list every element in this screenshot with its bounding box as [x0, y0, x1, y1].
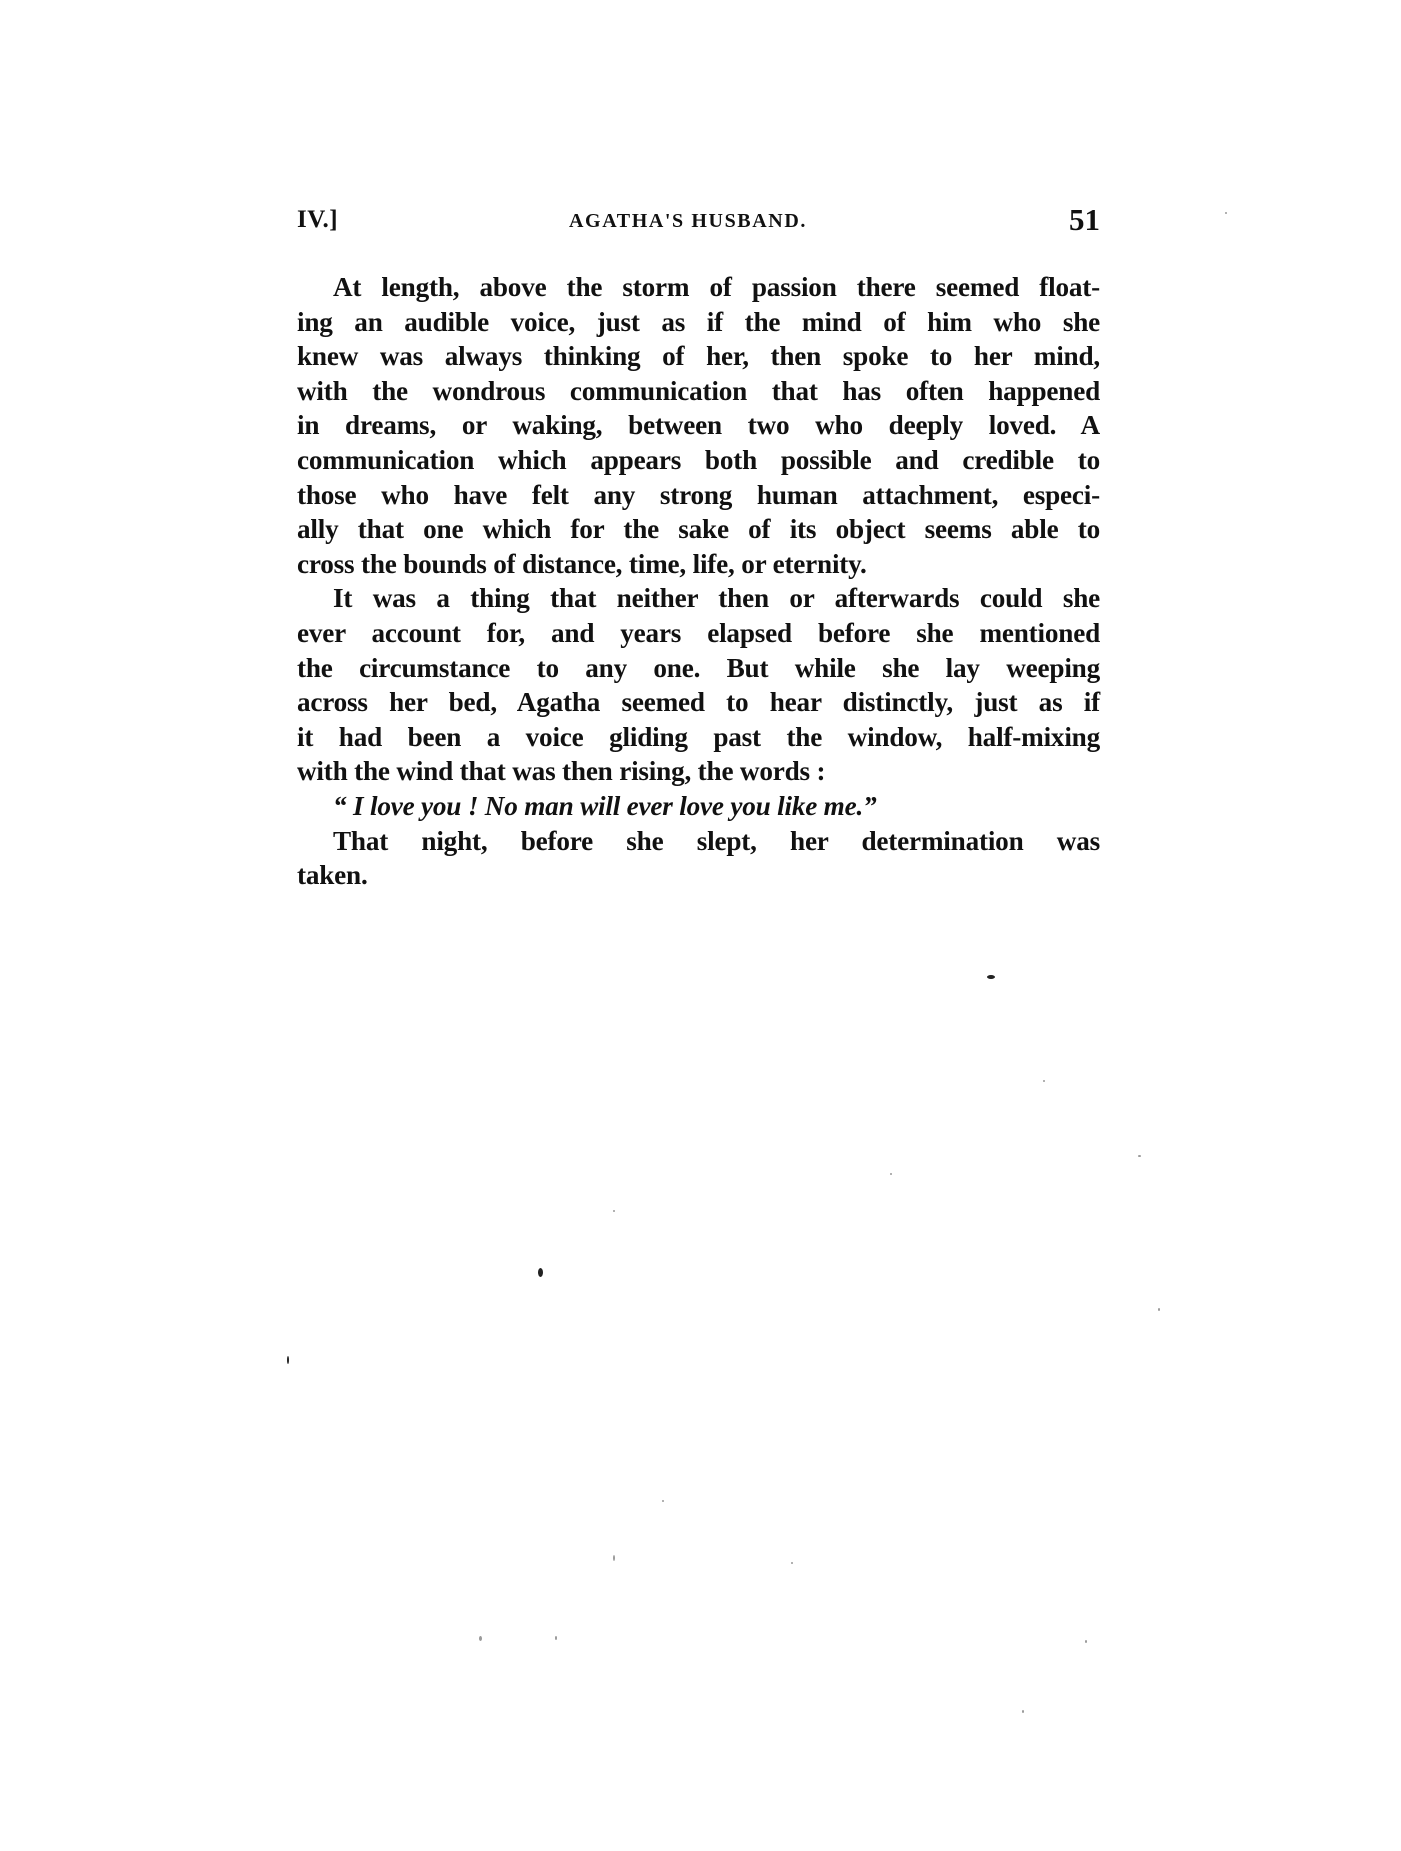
text-line: That night, before she slept, her determ…: [297, 824, 1100, 859]
text-line: ally that one which for the sake of its …: [297, 512, 1100, 547]
paragraph: It was a thing that neither then or afte…: [297, 581, 1100, 789]
running-title: AGATHA'S HUSBAND.: [552, 210, 824, 233]
text-line: knew was always thinking of her, then sp…: [297, 339, 1100, 374]
text-line: it had been a voice gliding past the win…: [297, 720, 1100, 755]
text-line: It was a thing that neither then or afte…: [297, 581, 1100, 616]
scan-speck: [890, 1173, 892, 1175]
quoted-words: “ I love you ! No man will ever love you…: [297, 789, 1100, 824]
text-line: At length, above the storm of passion th…: [297, 270, 1100, 305]
scan-speck: [1043, 1080, 1045, 1082]
book-page: IV.] AGATHA'S HUSBAND. 51 At length, abo…: [0, 0, 1401, 1851]
text-line: ing an audible voice, just as if the min…: [297, 305, 1100, 340]
paragraph: At length, above the storm of passion th…: [297, 270, 1100, 581]
scan-speck: [987, 975, 995, 979]
scan-speck: [479, 1636, 482, 1641]
scan-speck: [538, 1268, 543, 1277]
scan-speck: [1085, 1640, 1087, 1643]
text-line: cross the bounds of distance, time, life…: [297, 547, 1100, 582]
scan-speck: [662, 1500, 664, 1502]
text-line: communication which appears both possibl…: [297, 443, 1100, 478]
body-text: At length, above the storm of passion th…: [297, 270, 1100, 893]
chapter-number: IV.]: [297, 206, 338, 234]
scan-speck: [1022, 1710, 1024, 1713]
quotation: “ I love you ! No man will ever love you…: [297, 789, 1100, 824]
text-line: taken.: [297, 858, 1100, 893]
scan-speck: [1225, 212, 1227, 214]
scan-speck: [287, 1356, 289, 1364]
scan-speck: [791, 1562, 793, 1564]
scan-speck: [613, 1555, 615, 1561]
scan-speck: [1158, 1308, 1160, 1311]
text-line: the circumstance to any one. But while s…: [297, 651, 1100, 686]
text-line: with the wind that was then rising, the …: [297, 754, 1100, 789]
text-line: in dreams, or waking, between two who de…: [297, 408, 1100, 443]
scan-speck: [613, 1210, 615, 1212]
running-head: IV.] AGATHA'S HUSBAND. 51: [297, 204, 1100, 240]
paragraph: That night, before she slept, her determ…: [297, 824, 1100, 893]
page-number: 51: [1069, 202, 1100, 238]
text-line: ever account for, and years elapsed befo…: [297, 616, 1100, 651]
scan-speck: [555, 1636, 557, 1640]
scan-speck: [1138, 1155, 1141, 1157]
text-line: across her bed, Agatha seemed to hear di…: [297, 685, 1100, 720]
text-line: those who have felt any strong human att…: [297, 478, 1100, 513]
text-line: with the wondrous communication that has…: [297, 374, 1100, 409]
